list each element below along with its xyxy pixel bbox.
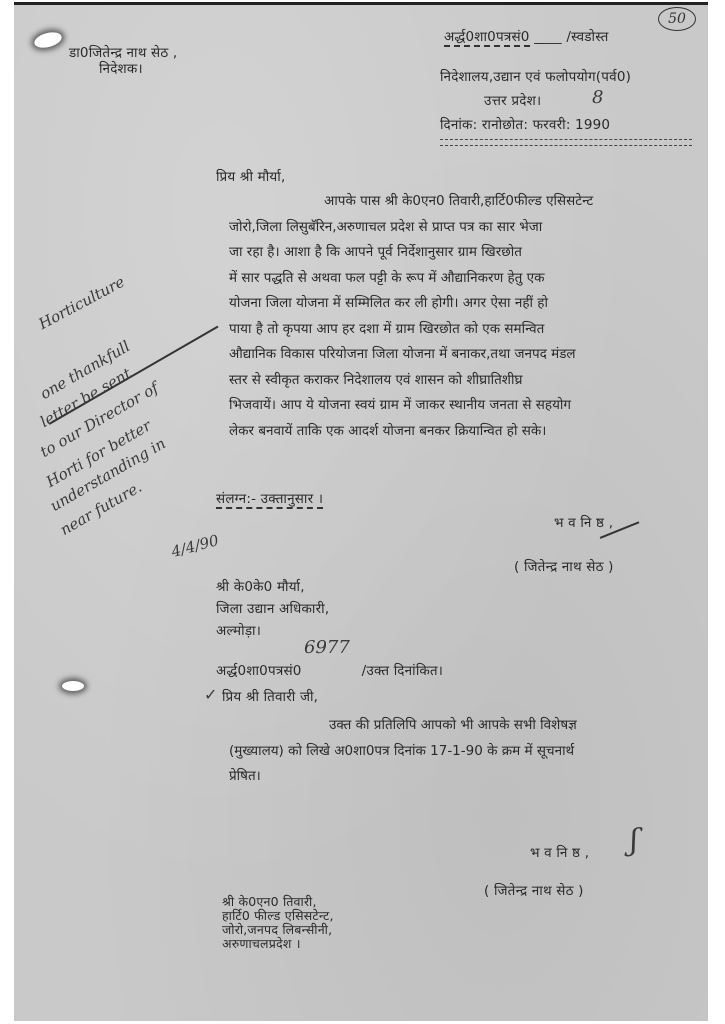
body-line: आपके पास श्री के0एन0 तिवारी,हार्टि0फील्ड… <box>229 189 699 215</box>
letter-body: आपके पास श्री के0एन0 तिवारी,हार्टि0फील्ड… <box>229 189 699 444</box>
punch-hole-top <box>33 30 64 51</box>
punch-hole-middle <box>62 681 84 691</box>
margin-note-heading: Horticulture <box>36 273 128 333</box>
body-line: जा रहा है। आशा है कि आपने पूर्व निर्देशा… <box>229 240 699 266</box>
body-line: औद्यानिक विकास परियोजना जिला योजना में ब… <box>229 342 699 368</box>
reference-number: अर्द्ध0शा0पत्रसं0 <box>444 29 530 47</box>
office-state: उत्तर प्रदेश। <box>484 89 541 113</box>
closing-1: भ व नि ष्ठ , <box>554 511 613 535</box>
date-double-rule <box>440 139 692 146</box>
body-line: योजना जिला योजना में सम्मिलित कर ली होगी… <box>229 291 699 317</box>
letter-date: दिनांक: रानोछोत: फरवरी: 1990 <box>440 113 610 137</box>
body-line: पाया है तो कृपया आप हर दशा में ग्राम खिर… <box>229 317 699 343</box>
handwritten-signature-icon: ʃ <box>630 823 638 858</box>
recipient-1-line: श्री के0के0 मौर्या, <box>216 575 305 599</box>
copy-reference-suffix: /उक्त दिनांकित। <box>362 663 444 679</box>
page-number-circle: 50 <box>658 7 696 31</box>
margin-note-date: 4/4/90 <box>169 531 220 561</box>
enclosure-text: संलग्न:- उक्तानुसार । <box>216 491 323 509</box>
recipient-2-line: जोरो,जनपद लिबन्सीनी, <box>222 923 332 937</box>
body-line: स्तर से स्वीकृत कराकर निदेशालय एवं शासन … <box>229 368 699 394</box>
copy-body-line: उक्त की प्रतिलिपि आपको भी आपके सभी विशेष… <box>229 713 699 739</box>
recipient-2-line: श्री के0एन0 तिवारी, <box>222 895 317 909</box>
enclosure: संलग्न:- उक्तानुसार । <box>216 487 323 511</box>
recipient-1-line: अल्मोड़ा। <box>216 619 261 643</box>
body-line: में सार पद्धति से अथवा फल पट्टी के रूप म… <box>229 266 699 292</box>
handwritten-letter-number: 6977 <box>304 637 350 658</box>
copy-reference-line: अर्द्ध0शा0पत्रसं0/उक्त दिनांकित। <box>216 659 443 683</box>
closing-2: भ व नि ष्ठ , <box>530 841 589 865</box>
recipient-1-line: जिला उद्यान अधिकारी, <box>216 597 329 621</box>
office-name: निदेशालय,उद्यान एवं फलोपयोग(पर्व0) <box>440 65 631 89</box>
copy-body: उक्त की प्रतिलिपि आपको भी आपके सभी विशेष… <box>229 713 699 790</box>
recipient-2-line: अरुणाचलप्रदेश । <box>222 937 301 951</box>
signature-block-1: ( जितेन्द्र नाथ सेठ ) <box>514 555 614 579</box>
salutation-2: प्रिय श्री तिवारी जी, <box>222 685 318 709</box>
reference-line: अर्द्ध0शा0पत्रसं0 ____ /स्वडोस्त <box>444 25 609 49</box>
copy-body-line: (मुख्यालय) को लिखे अ0शा0पत्र दिनांक 17-1… <box>229 739 699 765</box>
margin-note: Horticulture one thankfull letter be sen… <box>44 275 224 565</box>
copy-reference-number: अर्द्ध0शा0पत्रसं0 <box>216 663 302 679</box>
recipient-2-line: हार्टि0 फील्ड एसिसटेन्ट, <box>222 909 334 923</box>
handwritten-day: 8 <box>592 87 603 108</box>
body-line: भिजवायें। आप ये योजना स्वयं ग्राम में जा… <box>229 393 699 419</box>
reference-suffix: /स्वडोस्त <box>566 29 608 45</box>
checkmark-icon: ✓ <box>204 685 217 704</box>
signature-block-2: ( जितेन्द्र नाथ सेठ ) <box>484 879 584 903</box>
scanned-letter-page: 50 डा0जितेन्द्र नाथ सेठ , निदेशक। अर्द्ध… <box>14 2 708 1021</box>
sender-designation: निदेशक। <box>99 57 143 81</box>
body-line: लेकर बनवायें ताकि एक आदर्श योजना बनकर क्… <box>229 419 699 445</box>
salutation: प्रिय श्री मौर्या, <box>216 165 285 189</box>
body-line: जोरो,जिला लिसुबॅरिन,अरुणाचल प्रदेश से प्… <box>229 215 699 241</box>
copy-body-line: प्रेषित। <box>229 764 699 790</box>
